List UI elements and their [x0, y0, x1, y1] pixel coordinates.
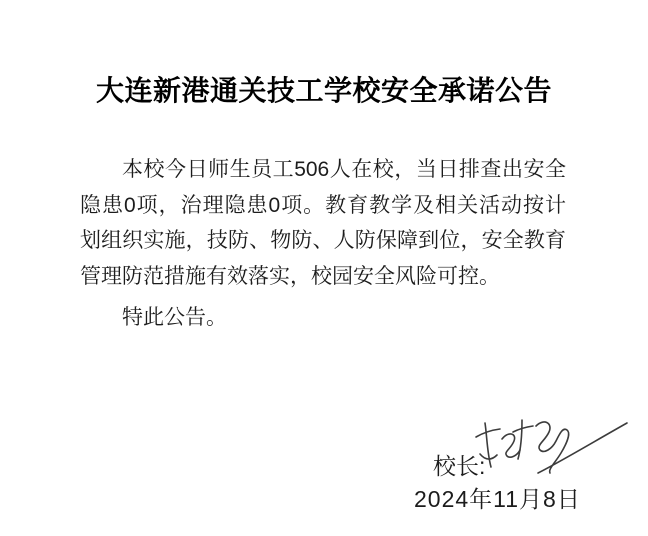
date: 2024年11月8日	[414, 481, 581, 514]
body-line-2: 隐患0项，治理隐患0项。教育教学及相关活动按计	[80, 188, 566, 224]
announcement-document: 大连新港通关技工学校安全承诺公告 本校今日师生员工506人在校，当日排查出安全 …	[0, 0, 648, 536]
closing-line: 特此公告。	[80, 300, 566, 336]
principal-signature	[470, 410, 630, 478]
body-line-1: 本校今日师生员工506人在校，当日排查出安全	[80, 152, 566, 188]
announcement-body: 本校今日师生员工506人在校，当日排查出安全 隐患0项，治理隐患0项。教育教学及…	[80, 152, 566, 336]
body-line-3: 划组织实施，技防、物防、人防保障到位，安全教育	[80, 223, 566, 259]
body-line-4: 管理防范措施有效落实，校园安全风险可控。	[80, 259, 566, 295]
page-title: 大连新港通关技工学校安全承诺公告	[0, 74, 648, 108]
